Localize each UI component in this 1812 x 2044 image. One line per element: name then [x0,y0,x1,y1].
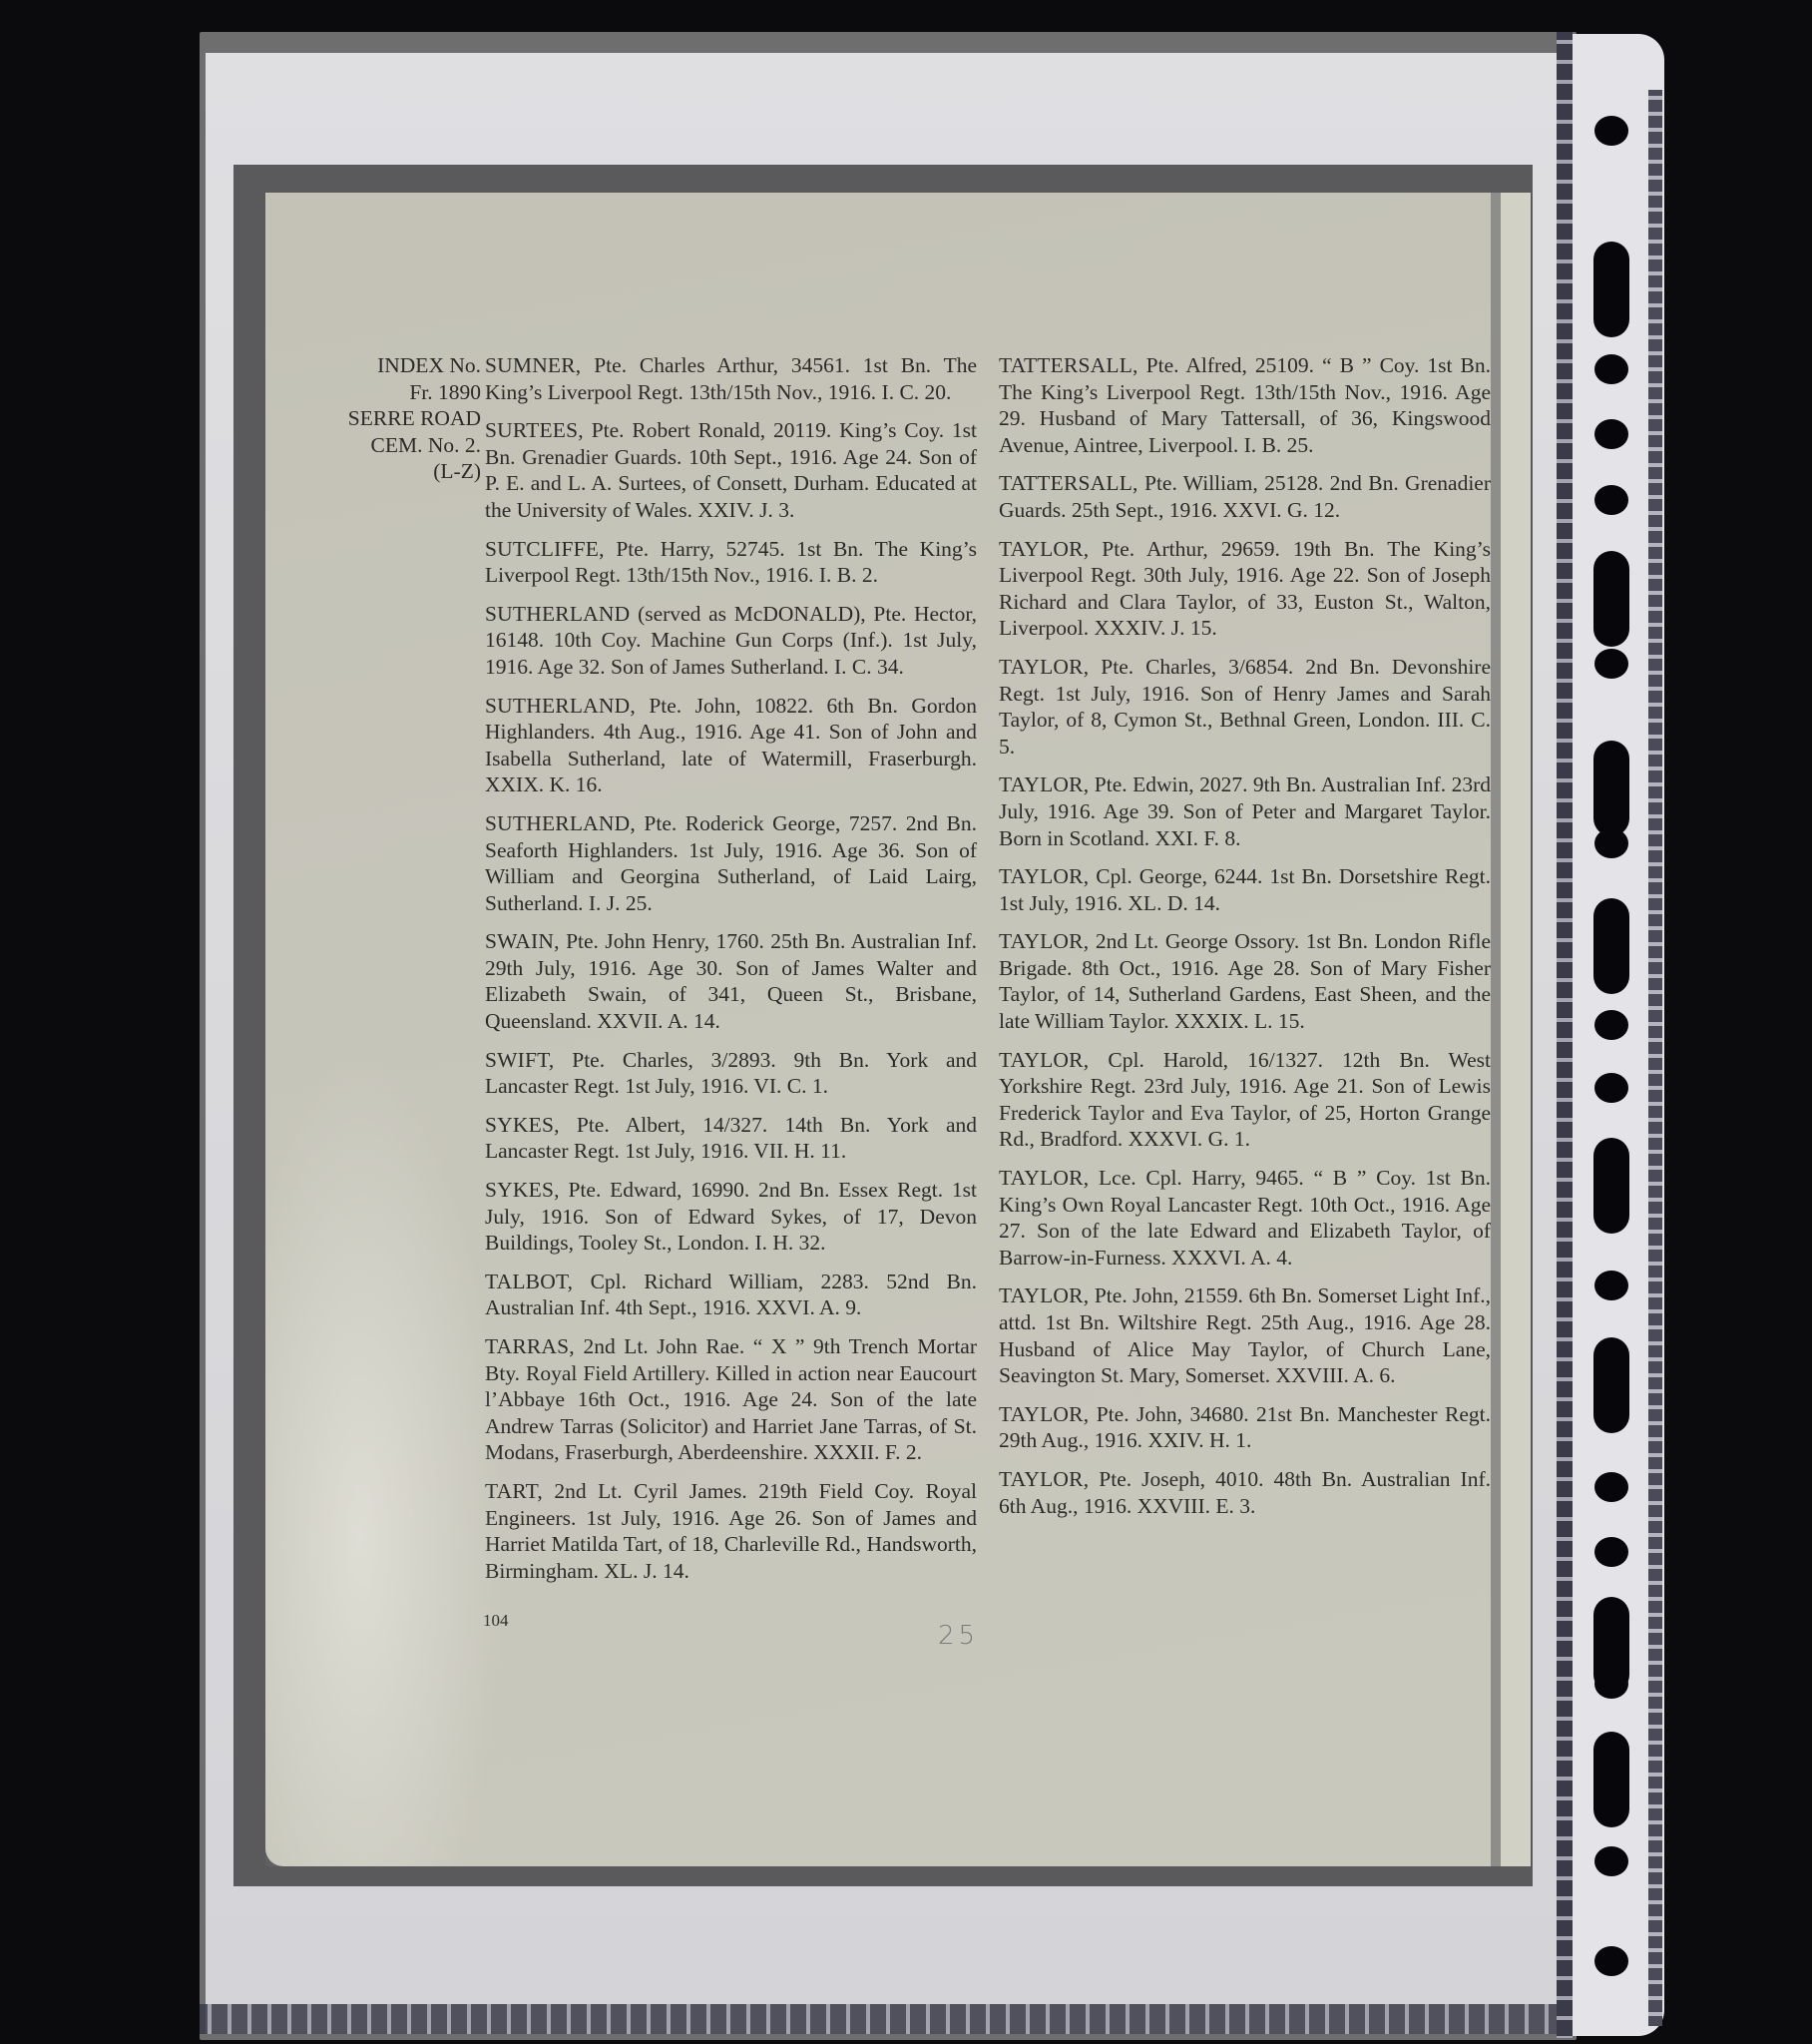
casualty-entry: TAYLOR, Cpl. George, 6244. 1st Bn. Dorse… [999,863,1491,916]
casualty-entry: TARRAS, 2nd Lt. John Rae. “ X ” 9th Tren… [485,1333,977,1466]
casualty-surname: TAYLOR, [999,864,1089,888]
sleeve-right-seam [1557,32,1573,2038]
right-column-entries: TATTERSALL, Pte. Alfred, 25109. “ B ” Co… [999,352,1491,1531]
index-line: Fr. 1890 [329,379,481,406]
casualty-details: Pte. Charles, 3/2893. 9th Bn. York and L… [485,1048,977,1099]
handwritten-annotation: 25 [938,1621,979,1651]
casualty-surname: SUTHERLAND, [485,811,636,835]
casualty-surname: TALBOT, [485,1270,573,1293]
casualty-surname: TAYLOR, [999,1467,1089,1491]
casualty-surname: TAYLOR, [999,1048,1089,1072]
casualty-surname: TAYLOR, [999,772,1089,796]
index-line: (L-Z) [329,458,481,485]
casualty-entry: TART, 2nd Lt. Cyril James. 219th Field C… [485,1478,977,1584]
casualty-entry: TAYLOR, 2nd Lt. George Ossory. 1st Bn. L… [999,928,1491,1034]
casualty-entry: TATTERSALL, Pte. William, 25128. 2nd Bn.… [999,470,1491,523]
casualty-entry: SUMNER, Pte. Charles Arthur, 34561. 1st … [485,352,977,405]
casualty-surname: SUTCLIFFE, [485,537,605,561]
round-hole [1594,1846,1628,1876]
casualty-surname: TATTERSALL, [999,353,1138,377]
casualty-entry: TATTERSALL, Pte. Alfred, 25109. “ B ” Co… [999,352,1491,458]
round-hole [1594,1946,1628,1976]
index-header: INDEX No. Fr. 1890 SERRE ROAD CEM. No. 2… [329,352,481,485]
round-hole [1594,116,1628,146]
slot-hole [1593,741,1629,836]
casualty-surname: TAYLOR, [999,1402,1089,1426]
page-gutter-edge [1491,193,1501,1866]
slot-hole [1593,1732,1629,1827]
casualty-entry: SWAIN, Pte. John Henry, 1760. 25th Bn. A… [485,928,977,1034]
index-line: CEM. No. 2. [329,432,481,459]
casualty-entry: SUTCLIFFE, Pte. Harry, 52745. 1st Bn. Th… [485,536,977,589]
casualty-surname: TARRAS, [485,1334,575,1358]
adjacent-page-strip [1501,193,1531,1866]
casualty-surname: SUMNER, [485,353,581,377]
index-line: INDEX No. [329,352,481,379]
round-hole [1594,485,1628,515]
casualty-entry: TAYLOR, Lce. Cpl. Harry, 9465. “ B ” Coy… [999,1165,1491,1271]
casualty-surname: TART, [485,1479,543,1503]
casualty-entry: TALBOT, Cpl. Richard William, 2283. 52nd… [485,1269,977,1321]
round-hole [1594,1271,1628,1300]
casualty-entry: SUTHERLAND (served as McDONALD), Pte. He… [485,601,977,681]
casualty-surname: TAYLOR, [999,655,1089,679]
casualty-entry: TAYLOR, Pte. John, 21559. 6th Bn. Somers… [999,1282,1491,1388]
casualty-entry: SWIFT, Pte. Charles, 3/2893. 9th Bn. Yor… [485,1047,977,1100]
slot-hole [1593,551,1629,647]
casualty-entry: TAYLOR, Pte. Arthur, 29659. 19th Bn. The… [999,536,1491,642]
casualty-surname: SUTHERLAND, [485,694,636,718]
casualty-entry: SUTHERLAND, Pte. John, 10822. 6th Bn. Go… [485,693,977,798]
casualty-surname: TATTERSALL, [999,471,1138,495]
round-hole [1594,1669,1628,1699]
casualty-surname: TAYLOR, [999,929,1089,953]
left-column-entries: SUMNER, Pte. Charles Arthur, 34561. 1st … [485,352,977,1596]
round-hole [1594,649,1628,679]
casualty-surname: TAYLOR, [999,1283,1089,1307]
casualty-entry: SURTEES, Pte. Robert Ronald, 20119. King… [485,417,977,523]
round-hole [1594,1010,1628,1040]
casualty-entry: SYKES, Pte. Albert, 14/327. 14th Bn. Yor… [485,1112,977,1165]
round-hole [1594,419,1628,449]
casualty-surname: SWAIN, [485,929,560,953]
round-hole [1594,354,1628,384]
casualty-surname: TAYLOR, [999,1166,1089,1190]
casualty-surname: SWIFT, [485,1048,554,1072]
slot-hole [1593,1138,1629,1234]
casualty-entry: SUTHERLAND, Pte. Roderick George, 7257. … [485,810,977,916]
index-line: SERRE ROAD [329,405,481,432]
casualty-entry: TAYLOR, Cpl. Harold, 16/1327. 12th Bn. W… [999,1047,1491,1153]
casualty-surname: SYKES, [485,1178,560,1202]
casualty-entry: TAYLOR, Pte. Charles, 3/6854. 2nd Bn. De… [999,654,1491,760]
slot-hole [1593,1337,1629,1433]
casualty-surname: SYKES, [485,1113,560,1137]
casualty-details: 2nd Lt. Cyril James. 219th Field Coy. Ro… [485,1479,977,1583]
round-hole [1594,1537,1628,1567]
casualty-entry: TAYLOR, Pte. Joseph, 4010. 48th Bn. Aust… [999,1466,1491,1519]
casualty-surname: SURTEES, [485,418,584,442]
casualty-entry: SYKES, Pte. Edward, 16990. 2nd Bn. Essex… [485,1177,977,1257]
casualty-entry: TAYLOR, Pte. Edwin, 2027. 9th Bn. Austra… [999,771,1491,851]
casualty-entry: TAYLOR, Pte. John, 34680. 21st Bn. Manch… [999,1401,1491,1454]
round-hole [1594,1073,1628,1103]
casualty-surname: TAYLOR, [999,537,1089,561]
round-hole [1594,828,1628,858]
casualty-surname: SUTHERLAND [485,602,630,626]
binding-strip-seam [1648,90,1662,2026]
slot-hole [1593,898,1629,994]
slot-hole [1593,242,1629,337]
sleeve-bottom-seam [200,2004,1577,2034]
round-hole [1594,1472,1628,1502]
page-number: 104 [483,1611,509,1631]
